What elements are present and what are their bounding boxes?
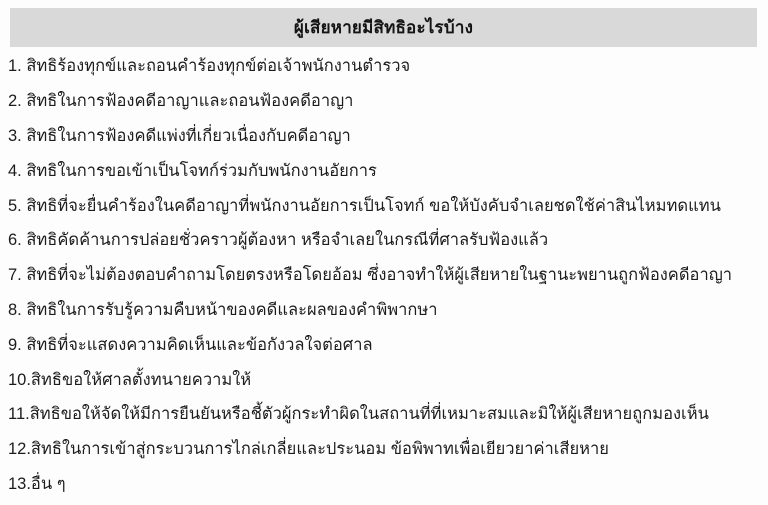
list-item: 1. สิทธิร้องทุกข์และถอนคำร้องทุกข์ต่อเจ้… — [8, 49, 762, 84]
document-page: ผู้เสียหายมีสิทธิอะไรบ้าง 1. สิทธิร้องทุ… — [0, 0, 768, 505]
list-item: 13.อื่น ๆ — [8, 467, 762, 502]
list-item: 3. สิทธิในการฟ้องคดีแพ่งที่เกี่ยวเนื่องก… — [8, 119, 762, 154]
list-item: 12.สิทธิในการเข้าสู่กระบวนการไกล่เกลี่ยแ… — [8, 432, 762, 467]
list-item: 5. สิทธิที่จะยื่นคำร้องในคดีอาญาที่พนักง… — [8, 188, 762, 223]
list-item: 6. สิทธิคัดค้านการปล่อยชั่วคราวผู้ต้องหา… — [8, 223, 762, 258]
rights-list: 1. สิทธิร้องทุกข์และถอนคำร้องทุกข์ต่อเจ้… — [0, 49, 768, 501]
list-item: 8. สิทธิในการรับรู้ความคืบหน้าของคดีและผ… — [8, 293, 762, 328]
list-item: 7. สิทธิที่จะไม่ต้องตอบคำถามโดยตรงหรือโด… — [8, 258, 762, 293]
list-item: 2. สิทธิในการฟ้องคดีอาญาและถอนฟ้องคดีอาญ… — [8, 84, 762, 119]
list-item: 4. สิทธิในการขอเข้าเป็นโจทก์ร่วมกับพนักง… — [8, 153, 762, 188]
list-item: 10.สิทธิขอให้ศาลตั้งทนายความให้ — [8, 362, 762, 397]
page-title: ผู้เสียหายมีสิทธิอะไรบ้าง — [10, 8, 757, 47]
list-item: 9. สิทธิที่จะแสดงความคิดเห็นและข้อกังวลใ… — [8, 327, 762, 362]
list-item: 11.สิทธิขอให้จัดให้มีการยืนยันหรือชี้ตัว… — [8, 397, 762, 432]
